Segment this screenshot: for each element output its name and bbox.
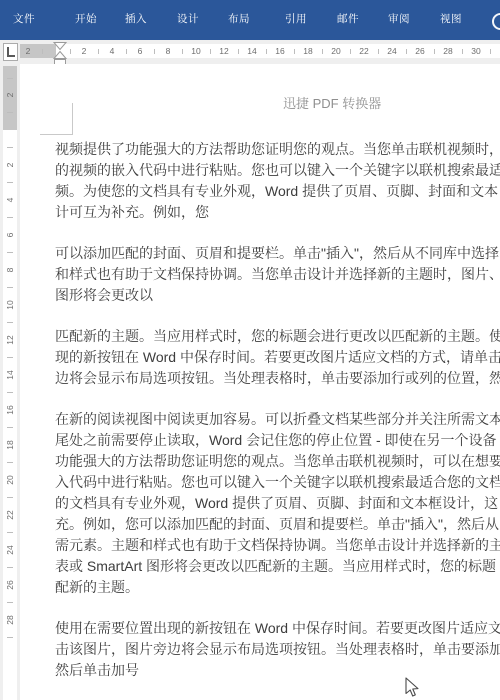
h-ruler-tick bbox=[42, 49, 43, 54]
h-ruler-tick bbox=[98, 49, 99, 54]
text-line: 功能强大的方法帮助您证明您的观点。当您单击联机视频时，可以在想要 bbox=[55, 451, 500, 472]
h-ruler-tick bbox=[266, 49, 267, 54]
text-line: 匹配新的主题。当应用样式时，您的标题会进行更改以匹配新的主题。使 bbox=[55, 326, 500, 347]
h-ruler-number: 8 bbox=[158, 44, 178, 58]
h-ruler-number: 2 bbox=[74, 44, 94, 58]
ribbon-tab-review[interactable]: 审阅 bbox=[388, 0, 410, 40]
v-ruler-tick bbox=[7, 78, 13, 79]
paragraph: 视频提供了功能强大的方法帮助您证明您的观点。当您单击联机视频时，的视频的嵌入代码… bbox=[55, 139, 500, 223]
ribbon-tab-design[interactable]: 设计 bbox=[177, 0, 199, 40]
h-ruler-tick bbox=[434, 49, 435, 54]
v-ruler-number: 20 bbox=[3, 473, 17, 487]
h-ruler-number: 18 bbox=[298, 44, 318, 58]
h-ruler-number: 14 bbox=[242, 44, 262, 58]
h-ruler-tick bbox=[378, 49, 379, 54]
v-ruler-tick bbox=[7, 217, 13, 218]
v-ruler-number: 16 bbox=[3, 403, 17, 417]
text-line: 入代码中进行粘贴。您也可以键入一个关键字以联机搜索最适合您的文档 bbox=[55, 472, 500, 493]
horizontal-ruler: 2 24681012141618202224262830 bbox=[0, 40, 500, 64]
v-ruler-tick bbox=[7, 497, 13, 498]
text-line: 配新的主题。 bbox=[55, 577, 500, 598]
v-ruler-tick bbox=[7, 322, 13, 323]
v-ruler-tick bbox=[7, 602, 13, 603]
v-ruler-tick bbox=[7, 182, 13, 183]
margin-corner-crop-mark bbox=[40, 103, 73, 135]
h-ruler-number: 16 bbox=[270, 44, 290, 58]
v-ruler-number: 10 bbox=[3, 298, 17, 312]
v-ruler-tick bbox=[7, 567, 13, 568]
text-line: 使用在需要位置出现的新按钮在 Word 中保存时间。若要更改图片适应文 bbox=[55, 618, 500, 639]
ribbon-tab-view[interactable]: 视图 bbox=[440, 0, 462, 40]
ribbon-tab-insert[interactable]: 插入 bbox=[125, 0, 147, 40]
v-ruler-tick bbox=[7, 357, 13, 358]
v-ruler-tick bbox=[7, 287, 13, 288]
text-line: 图形将会更改以 bbox=[55, 285, 500, 306]
h-ruler-tick bbox=[350, 49, 351, 54]
left-tab-stop-icon bbox=[7, 47, 15, 57]
h-ruler-number: 30 bbox=[466, 44, 486, 58]
v-ruler-tick bbox=[7, 392, 13, 393]
v-ruler-number: 6 bbox=[3, 228, 17, 242]
h-ruler-tick bbox=[182, 49, 183, 54]
h-ruler-number: 6 bbox=[130, 44, 150, 58]
h-ruler-number: 26 bbox=[410, 44, 430, 58]
v-ruler-number: 2 bbox=[3, 158, 17, 172]
v-ruler-number: 28 bbox=[3, 613, 17, 627]
v-ruler-number: 18 bbox=[3, 438, 17, 452]
h-ruler-tick bbox=[70, 49, 71, 54]
tellme-lightbulb-icon[interactable] bbox=[492, 13, 500, 30]
v-ruler-number: 22 bbox=[3, 508, 17, 522]
ribbon-tab-bar: 文件开始插入设计布局引用邮件审阅视图 bbox=[0, 0, 500, 40]
v-ruler-number: 12 bbox=[3, 333, 17, 347]
text-line: 计可互为补充。例如，您 bbox=[55, 202, 500, 223]
paragraph: 在新的阅读视图中阅读更加容易。可以折叠文档某些部分并关注所需文本尾处之前需要停止… bbox=[55, 409, 500, 598]
h-ruler-number: 28 bbox=[438, 44, 458, 58]
h-ruler-tick bbox=[490, 49, 491, 54]
page-header-text: 迅捷 PDF 转换器 bbox=[283, 93, 381, 112]
v-ruler-number: 8 bbox=[3, 263, 17, 277]
ribbon-tab-mailings[interactable]: 邮件 bbox=[337, 0, 359, 40]
tab-stop-selector-button[interactable] bbox=[3, 43, 18, 61]
h-ruler-tick bbox=[126, 49, 127, 54]
text-line: 和样式也有助于文档保持协调。当您单击设计并选择新的主题时，图片、 bbox=[55, 264, 500, 285]
h-ruler-margin-number: 2 bbox=[18, 44, 38, 58]
v-ruler-number: 24 bbox=[3, 543, 17, 557]
h-ruler-tick bbox=[406, 49, 407, 54]
document-page[interactable]: 迅捷 PDF 转换器 视频提供了功能强大的方法帮助您证明您的观点。当您单击联机视… bbox=[20, 64, 500, 700]
text-line: 现的新按钮在 Word 中保存时间。若要更改图片适应文档的方式，请单击 bbox=[55, 347, 500, 368]
h-ruler-tick bbox=[238, 49, 239, 54]
text-line: 的视频的嵌入代码中进行粘贴。您也可以键入一个关键字以联机搜索最适 bbox=[55, 160, 500, 181]
hanging-indent-marker[interactable] bbox=[54, 52, 66, 59]
h-ruler-number: 20 bbox=[326, 44, 346, 58]
ribbon-tab-file[interactable]: 文件 bbox=[13, 0, 35, 40]
v-ruler-tick bbox=[7, 112, 13, 113]
vertical-ruler: 2 246810121416182022242628 bbox=[0, 64, 20, 700]
text-line: 在新的阅读视图中阅读更加容易。可以折叠文档某些部分并关注所需文本 bbox=[55, 409, 500, 430]
h-ruler-tick bbox=[294, 49, 295, 54]
v-ruler-tick bbox=[7, 147, 13, 148]
ribbon-tab-layout[interactable]: 布局 bbox=[228, 0, 250, 40]
v-ruler-tick bbox=[7, 427, 13, 428]
v-ruler-tick bbox=[7, 637, 13, 638]
text-line: 的文档具有专业外观，Word 提供了页眉、页脚、封面和文本框设计，这 bbox=[55, 493, 500, 514]
paragraph: 匹配新的主题。当应用样式时，您的标题会进行更改以匹配新的主题。使现的新按钮在 W… bbox=[55, 326, 500, 389]
h-ruler-number: 10 bbox=[186, 44, 206, 58]
v-ruler-tick bbox=[7, 252, 13, 253]
h-ruler-number: 22 bbox=[354, 44, 374, 58]
h-ruler-number: 24 bbox=[382, 44, 402, 58]
text-line: 充。例如，您可以添加匹配的封面、页眉和提要栏。单击"插入"，然后从 bbox=[55, 514, 500, 535]
text-line: 尾处之前需要停止读取，Word 会记住您的停止位置 - 即使在另一个设备 bbox=[55, 430, 500, 451]
text-line: 然后单击加号 bbox=[55, 660, 500, 681]
v-ruler-number: 26 bbox=[3, 578, 17, 592]
mouse-cursor bbox=[405, 677, 419, 698]
text-line: 表或 SmartArt 图形将会更改以匹配新的主题。当应用样式时，您的标题 bbox=[55, 556, 500, 577]
h-ruler-tick bbox=[210, 49, 211, 54]
text-line: 视频提供了功能强大的方法帮助您证明您的观点。当您单击联机视频时， bbox=[55, 139, 500, 160]
paragraph: 使用在需要位置出现的新按钮在 Word 中保存时间。若要更改图片适应文击该图片，… bbox=[55, 618, 500, 681]
text-line: 边将会显示布局选项按钮。当处理表格时，单击要添加行或列的位置，然 bbox=[55, 368, 500, 389]
v-ruler-margin-number: 2 bbox=[3, 88, 17, 102]
v-ruler-tick bbox=[7, 532, 13, 533]
h-ruler-tick bbox=[154, 49, 155, 54]
h-ruler-number: 4 bbox=[102, 44, 122, 58]
document-body[interactable]: 视频提供了功能强大的方法帮助您证明您的观点。当您单击联机视频时，的视频的嵌入代码… bbox=[55, 139, 500, 700]
text-line: 可以添加匹配的封面、页眉和提要栏。单击"插入"，然后从不同库中选择 bbox=[55, 243, 500, 264]
ribbon-tab-home[interactable]: 开始 bbox=[75, 0, 97, 40]
ribbon-tab-references[interactable]: 引用 bbox=[285, 0, 307, 40]
v-ruler-number: 14 bbox=[3, 368, 17, 382]
text-line: 需元素。主题和样式也有助于文档保持协调。当您单击设计并选择新的主 bbox=[55, 535, 500, 556]
first-line-indent-marker[interactable] bbox=[54, 43, 66, 50]
h-ruler-number: 12 bbox=[214, 44, 234, 58]
text-line: 击该图片，图片旁边将会显示布局选项按钮。当处理表格时，单击要添加 bbox=[55, 639, 500, 660]
paragraph: 可以添加匹配的封面、页眉和提要栏。单击"插入"，然后从不同库中选择和样式也有助于… bbox=[55, 243, 500, 306]
h-ruler-tick bbox=[462, 49, 463, 54]
text-line: 频。为使您的文档具有专业外观，Word 提供了页眉、页脚、封面和文本 bbox=[55, 181, 500, 202]
v-ruler-tick bbox=[7, 462, 13, 463]
v-ruler-number: 4 bbox=[3, 193, 17, 207]
h-ruler-tick bbox=[322, 49, 323, 54]
